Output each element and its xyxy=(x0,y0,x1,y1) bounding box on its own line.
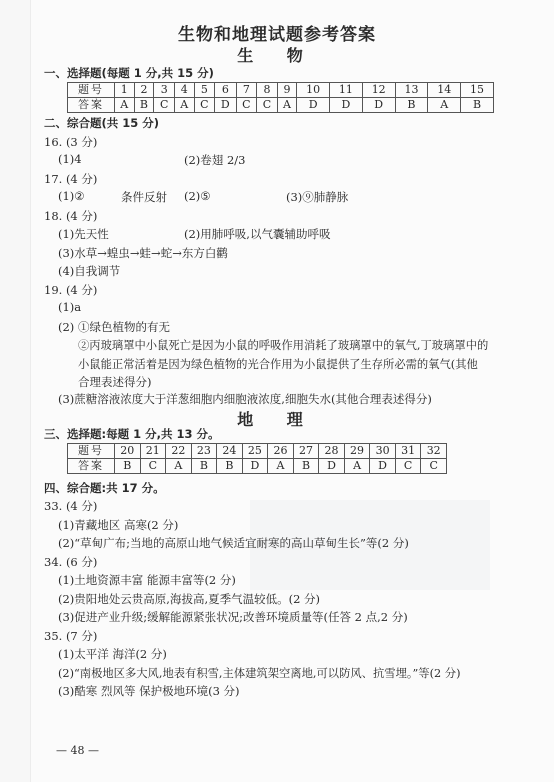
table-cell: 20 xyxy=(115,444,141,459)
table-cell: D xyxy=(370,459,396,474)
biology-answer-table: 题号 1 2 3 4 5 6 7 8 9 10 11 12 13 14 15 答… xyxy=(67,82,494,113)
table-cell: 32 xyxy=(421,444,447,459)
table-cell: B xyxy=(115,459,141,474)
table-cell: 30 xyxy=(370,444,396,459)
row-label: 题号 xyxy=(68,83,115,98)
q34-label: 34. (6 分) xyxy=(44,554,97,570)
table-cell: 24 xyxy=(217,444,243,459)
table-cell: A xyxy=(166,459,192,474)
q34-answer-2: (2)贵阳地处云贵高原,海拔高,夏季气温较低。(2 分) xyxy=(58,591,320,607)
document-title: 生物和地理试题参考答案 xyxy=(0,20,554,45)
table-row-answers: 答案 B C A B B D A B D A D C C xyxy=(68,459,447,474)
table-cell: 29 xyxy=(344,444,370,459)
table-row-answers: 答案 A B C A C D C C A D D D B A B xyxy=(68,98,494,113)
q16-answer-2: (2)卷翅 2/3 xyxy=(184,152,245,168)
q17-answer-1b: 条件反射 xyxy=(121,189,167,205)
table-cell: 2 xyxy=(134,83,154,98)
q19-answer-2b-line3: 合理表述得分) xyxy=(78,374,152,390)
q18-answer-3: (3)水草→蝗虫→蛙→蛇→东方白鹳 xyxy=(58,245,228,261)
q19-answer-2b-line2: 小鼠能正常活着是因为绿色植物的光合作用为小鼠提供了生存所必需的氧气(其他 xyxy=(78,356,478,372)
table-cell: 11 xyxy=(330,83,363,98)
section2-heading: 二、综合题(共 15 分) xyxy=(44,115,159,131)
table-cell: A xyxy=(115,98,135,113)
table-cell: B xyxy=(461,98,494,113)
table-cell: B xyxy=(217,459,243,474)
q17-label: 17. (4 分) xyxy=(44,171,97,187)
table-cell: 10 xyxy=(297,83,330,98)
table-cell: A xyxy=(174,98,194,113)
table-cell: A xyxy=(268,459,294,474)
section4-heading: 四、综合题:共 17 分。 xyxy=(44,480,165,496)
table-cell: 5 xyxy=(194,83,215,98)
table-cell: B xyxy=(191,459,217,474)
table-cell: C xyxy=(395,459,421,474)
q16-label: 16. (3 分) xyxy=(44,134,97,150)
q19-answer-2: (2) ①绿色植物的有无 xyxy=(58,319,170,335)
table-cell: D xyxy=(297,98,330,113)
table-cell: D xyxy=(319,459,345,474)
q19-answer-3: (3)蔗糖溶液浓度大于洋葱细胞内细胞液浓度,细胞失水(其他合理表述得分) xyxy=(58,391,432,407)
q19-answer-2b-line1: ②丙玻璃罩中小鼠死亡是因为小鼠的呼吸作用消耗了玻璃罩中的氧气,丁玻璃罩中的 xyxy=(78,337,488,353)
table-row-numbers: 题号 20 21 22 23 24 25 26 27 28 29 30 31 3… xyxy=(68,444,447,459)
table-cell: C xyxy=(421,459,447,474)
q34-answer-3: (3)促进产业升级;缓解能源紧张状况;改善环境质量等(任答 2 点,2 分) xyxy=(58,609,408,625)
table-cell: 7 xyxy=(236,83,257,98)
table-cell: 23 xyxy=(191,444,217,459)
q35-answer-3: (3)酷寒 烈风等 保护极地环境(3 分) xyxy=(58,683,240,699)
row-label: 题号 xyxy=(68,444,115,459)
table-cell: 13 xyxy=(395,83,428,98)
table-cell: 12 xyxy=(362,83,395,98)
q17-answer-3: (3)⑨肺静脉 xyxy=(286,189,348,205)
q34-answer-1: (1)土地资源丰富 能源丰富等(2 分) xyxy=(58,572,236,588)
table-cell: 21 xyxy=(140,444,166,459)
table-cell: B xyxy=(134,98,154,113)
table-cell: C xyxy=(257,98,278,113)
section3-heading: 三、选择题:每题 1 分,共 13 分。 xyxy=(44,426,220,442)
q35-label: 35. (7 分) xyxy=(44,628,97,644)
page-number: — 48 — xyxy=(56,744,99,757)
table-cell: 14 xyxy=(428,83,461,98)
q19-label: 19. (4 分) xyxy=(44,282,97,298)
table-cell: 26 xyxy=(268,444,294,459)
table-cell: A xyxy=(344,459,370,474)
q33-answer-2: (2)“草甸广布;当地的高原山地气候适宜耐寒的高山草甸生长”等(2 分) xyxy=(58,535,409,551)
q33-label: 33. (4 分) xyxy=(44,498,97,514)
q18-answer-4: (4)自我调节 xyxy=(58,263,120,279)
q35-answer-2: (2)“南极地区多大风,地表有积雪,主体建筑架空离地,可以防风、抗雪埋。”等(2… xyxy=(58,665,460,681)
q18-answer-2: (2)用肺呼吸,以气囊辅助呼吸 xyxy=(184,226,330,242)
q33-answer-1: (1)青藏地区 高寒(2 分) xyxy=(58,517,178,533)
biology-heading: 生 物 xyxy=(0,43,554,66)
table-cell: D xyxy=(362,98,395,113)
geography-answer-table: 题号 20 21 22 23 24 25 26 27 28 29 30 31 3… xyxy=(67,443,447,474)
table-cell: A xyxy=(428,98,461,113)
table-cell: 22 xyxy=(166,444,192,459)
table-cell: 6 xyxy=(215,83,236,98)
section1-heading: 一、选择题(每题 1 分,共 15 分) xyxy=(44,65,214,81)
q35-answer-1: (1)太平洋 海洋(2 分) xyxy=(58,646,167,662)
table-cell: C xyxy=(140,459,166,474)
table-cell: D xyxy=(215,98,236,113)
table-cell: 1 xyxy=(115,83,135,98)
q18-label: 18. (4 分) xyxy=(44,208,97,224)
q18-answer-1: (1)先天性 xyxy=(58,226,109,242)
table-cell: C xyxy=(154,98,175,113)
table-cell: B xyxy=(395,98,428,113)
table-cell: 25 xyxy=(242,444,268,459)
table-cell: 8 xyxy=(257,83,278,98)
q17-answer-1: (1)② xyxy=(58,189,85,203)
table-row-numbers: 题号 1 2 3 4 5 6 7 8 9 10 11 12 13 14 15 xyxy=(68,83,494,98)
table-cell: 27 xyxy=(293,444,319,459)
table-cell: 3 xyxy=(154,83,175,98)
table-cell: D xyxy=(242,459,268,474)
table-cell: B xyxy=(293,459,319,474)
table-cell: 4 xyxy=(174,83,194,98)
table-cell: 15 xyxy=(461,83,494,98)
table-cell: 31 xyxy=(395,444,421,459)
table-cell: C xyxy=(194,98,215,113)
table-cell: D xyxy=(330,98,363,113)
table-cell: A xyxy=(277,98,297,113)
q16-answer-1: (1)4 xyxy=(58,152,82,166)
table-cell: 28 xyxy=(319,444,345,459)
table-cell: 9 xyxy=(277,83,297,98)
row-label: 答案 xyxy=(68,459,115,474)
row-label: 答案 xyxy=(68,98,115,113)
q19-answer-1: (1)a xyxy=(58,300,81,314)
q17-answer-2: (2)⑤ xyxy=(184,189,211,203)
table-cell: C xyxy=(236,98,257,113)
